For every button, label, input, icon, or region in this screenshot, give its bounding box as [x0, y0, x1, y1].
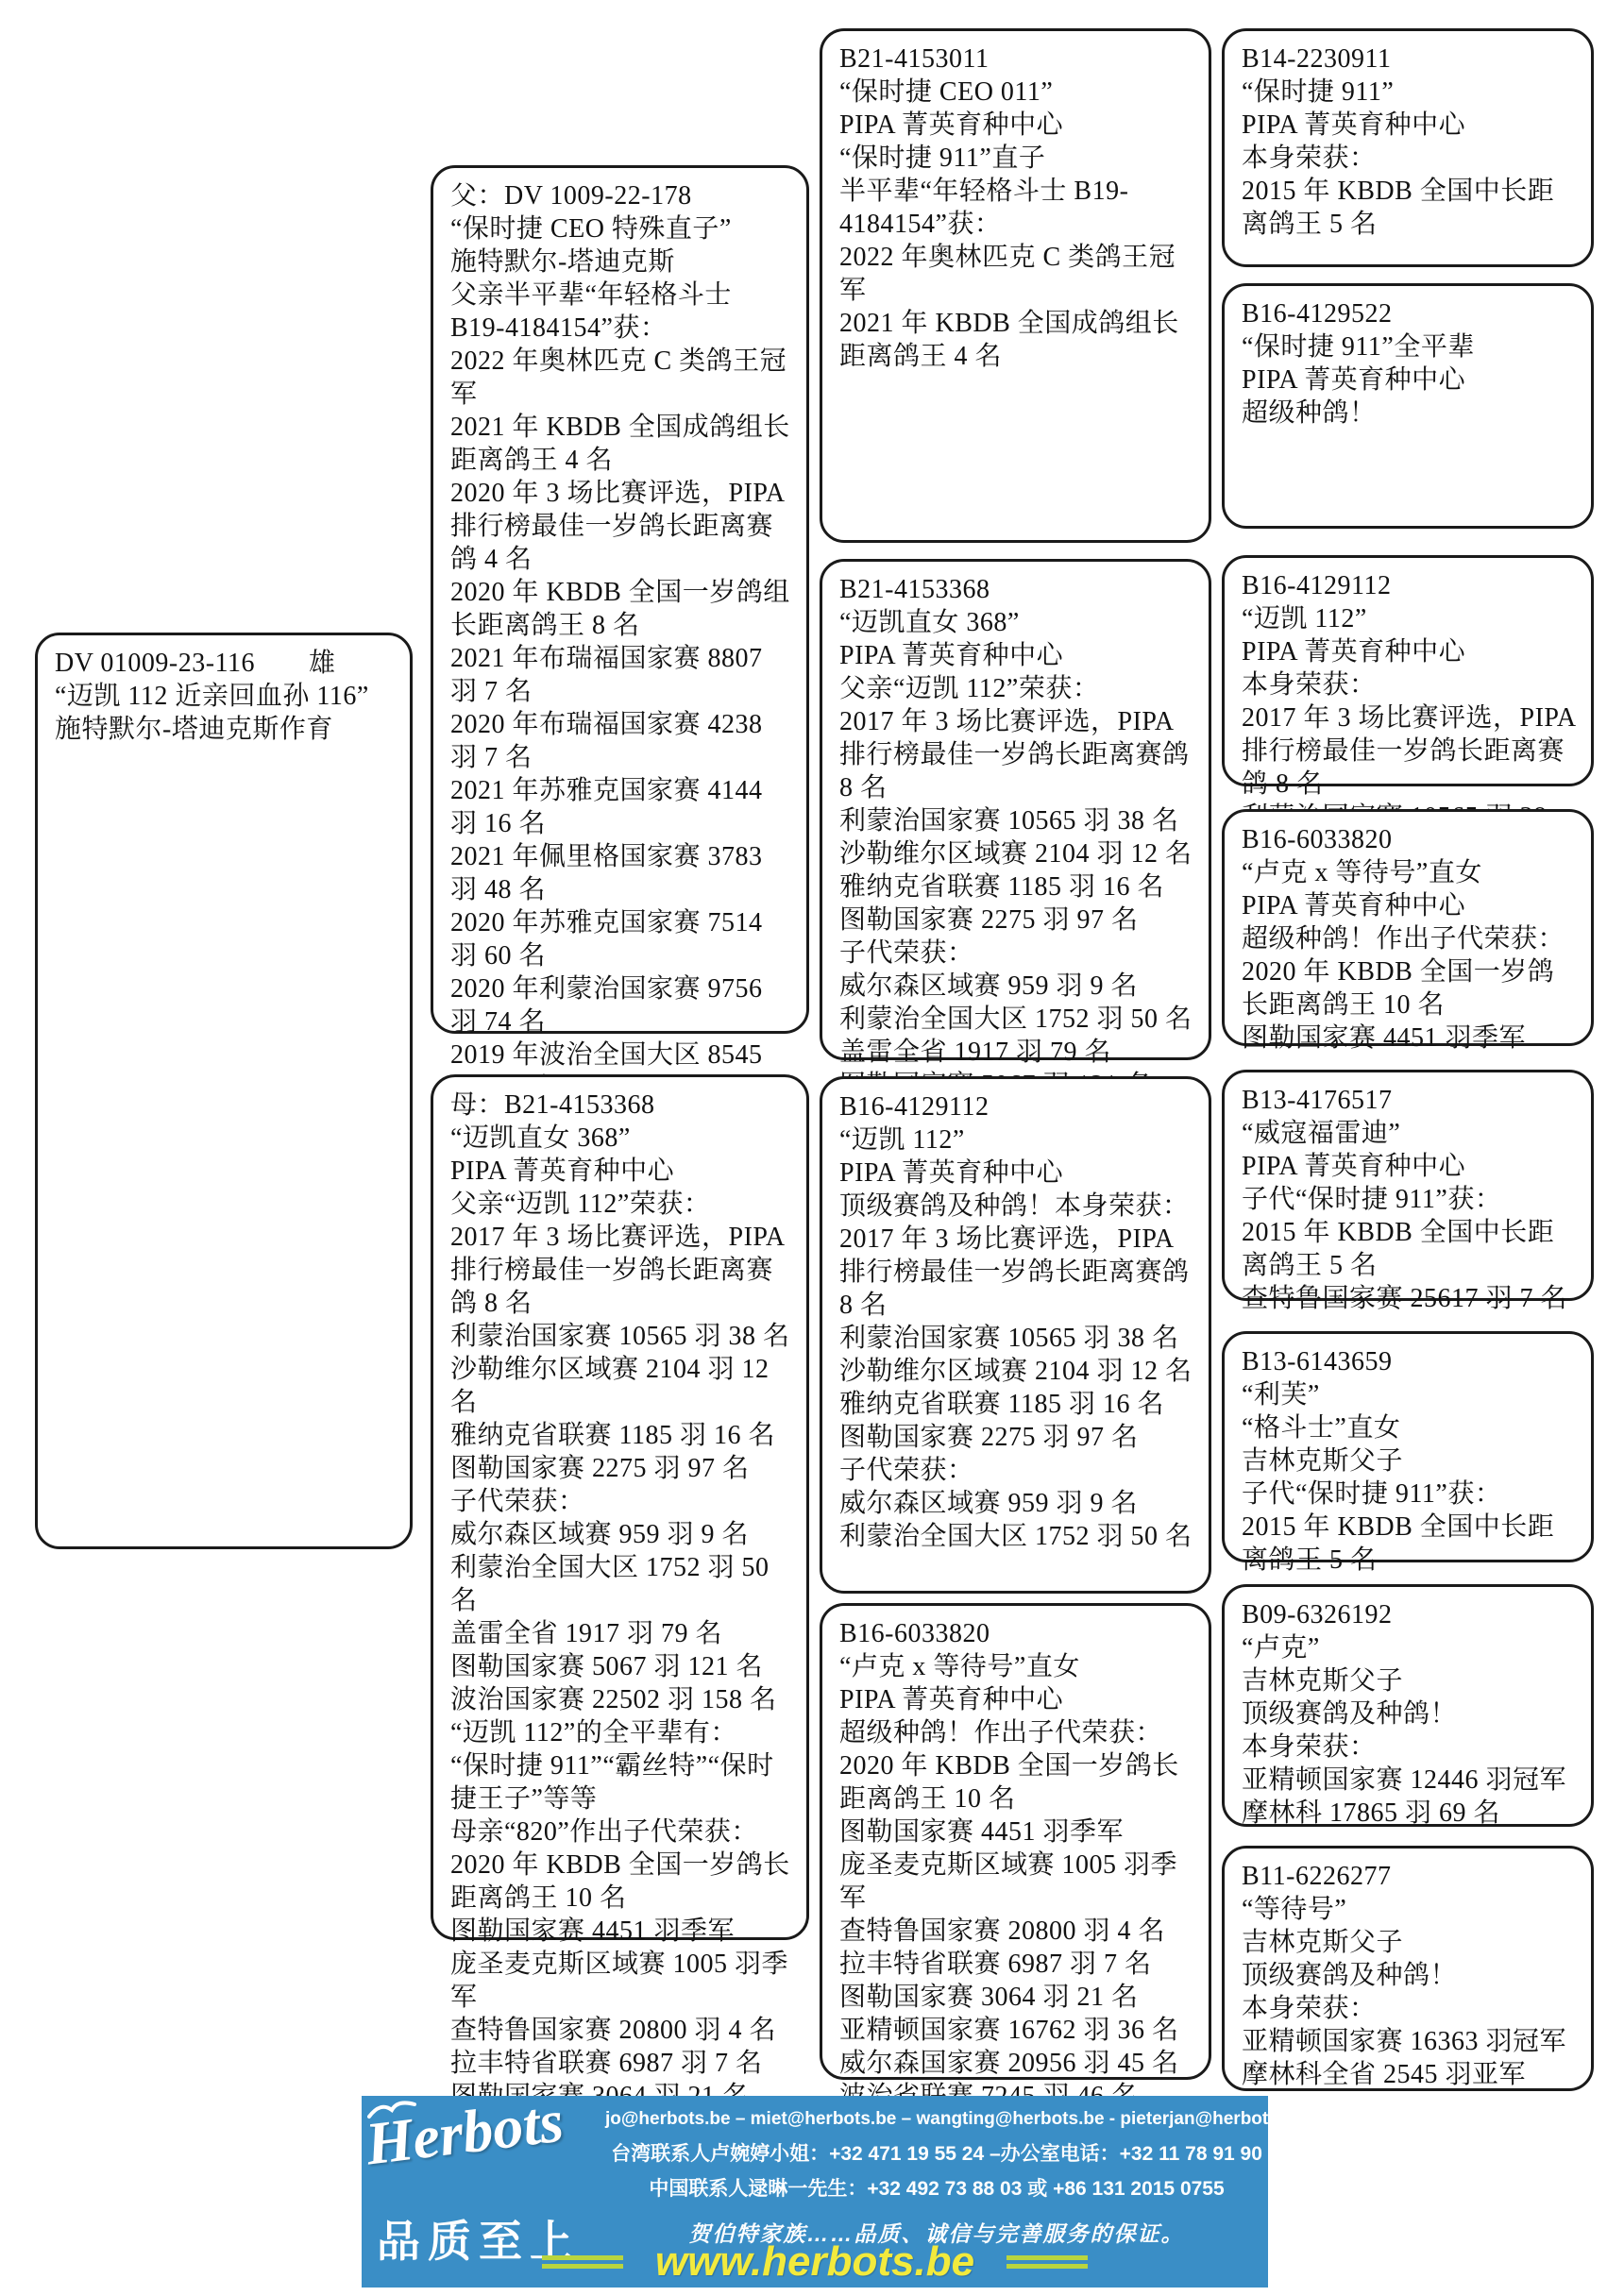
box-line: “保时捷 911”全平辈 — [1242, 330, 1578, 363]
box-line: “迈凯 112” — [1242, 602, 1578, 635]
box-line: 子代“保时捷 911”获： — [1242, 1477, 1578, 1511]
box-line: 查特鲁国家赛 25617 羽 7 名 — [1242, 1282, 1578, 1315]
box-line: “保时捷 911”“霸丝特”“保时捷王子”等等 — [450, 1749, 793, 1815]
box-line: 父：DV 1009-22-178 — [450, 179, 793, 212]
box-line: 雅纳克省联赛 1185 羽 16 名 — [839, 1388, 1195, 1421]
box-line: 顶级赛鸽及种鸽！ — [1242, 1697, 1578, 1730]
box-line: 本身荣获： — [1242, 668, 1578, 701]
box-line: 超级种鸽！作出子代荣获： — [1242, 922, 1578, 955]
pedigree-box-greatgrandparent-4: B16-6033820“卢克 x 等待号”直女PIPA 菁英育种中心超级种鸽！作… — [1222, 809, 1594, 1046]
box-line: 盖雷全省 1917 羽 79 名 — [450, 1617, 793, 1650]
box-line: “利芙” — [1242, 1378, 1578, 1411]
double-rule-left — [542, 2255, 623, 2269]
box-line: PIPA 菁英育种中心 — [839, 1156, 1195, 1190]
box-line: 2021 年苏雅克国家赛 4144 羽 16 名 — [450, 774, 793, 840]
box-line: PIPA 菁英育种中心 — [839, 109, 1195, 142]
box-line: 利蒙治国家赛 10565 羽 38 名 — [839, 1322, 1195, 1355]
box-line: PIPA 菁英育种中心 — [1242, 635, 1578, 668]
box-line: B16-4129112 — [839, 1090, 1195, 1123]
box-line: 2015 年 KBDB 全国中长距离鸽王 5 名 — [1242, 1511, 1578, 1577]
box-line: B16-6033820 — [1242, 823, 1578, 856]
box-line: B16-4129112 — [1242, 569, 1578, 602]
box-line: 利蒙治全国大区 1752 羽 50 名 — [450, 1551, 793, 1617]
box-line: 波治国家赛 22502 羽 158 名 — [450, 1683, 793, 1716]
box-line: 2015 年 KBDB 全国中长距离鸽王 5 名 — [1242, 1216, 1578, 1282]
box-line: B14-2230911 — [1242, 42, 1578, 76]
footer-contact-china: 中国联系人逯晽一先生：+32 492 73 88 03 或 +86 131 20… — [605, 2173, 1268, 2202]
box-line: 图勒国家赛 5067 羽 121 名 — [450, 1650, 793, 1683]
pedigree-box-mother: 母：B21-4153368“迈凯直女 368”PIPA 菁英育种中心父亲“迈凯 … — [431, 1074, 809, 1940]
box-line: 查特鲁国家赛 20800 羽 4 名 — [839, 1915, 1195, 1948]
box-line: 威尔森区域赛 959 羽 9 名 — [839, 1487, 1195, 1520]
box-line: 顶级赛鸽及种鸽！ — [1242, 1959, 1578, 1992]
box-line: 2020 年 3 场比赛评选，PIPA 排行榜最佳一岁鸽长距离赛鸽 4 名 — [450, 477, 793, 576]
box-line: “迈凯直女 368” — [839, 606, 1195, 639]
box-line: B16-4129522 — [1242, 297, 1578, 330]
box-line: DV 01009-23-116 雄 — [55, 647, 397, 680]
box-line: 亚精顿国家赛 12446 羽冠军 — [1242, 1764, 1578, 1797]
box-line: “迈凯直女 368” — [450, 1122, 793, 1155]
box-line: 图勒国家赛 2275 羽 97 名 — [839, 1421, 1195, 1454]
box-line: 威尔森国家赛 20956 羽 45 名 — [839, 2047, 1195, 2080]
box-line: 2021 年 KBDB 全国成鸽组长距离鸽王 4 名 — [450, 411, 793, 477]
box-line: 半平辈“年轻格斗士 B19-4184154”获： — [839, 175, 1195, 241]
box-line: “迈凯 112” — [839, 1123, 1195, 1156]
box-line: B11-6226277 — [1242, 1860, 1578, 1893]
box-line: 父亲半平辈“年轻格斗士 B19-4184154”获： — [450, 279, 793, 345]
double-rule-right — [1007, 2255, 1088, 2269]
box-line: 本身荣获： — [1242, 1992, 1578, 2025]
box-line: 2021 年 KBDB 全国成鸽组长距离鸽王 4 名 — [839, 307, 1195, 373]
box-line: 庞圣麦克斯区域赛 1005 羽季军 — [839, 1849, 1195, 1915]
box-line: 2020 年布瑞福国家赛 4238 羽 7 名 — [450, 708, 793, 774]
box-line: 亚精顿国家赛 16762 羽 36 名 — [839, 2014, 1195, 2047]
box-line: 吉林克斯父子 — [1242, 1444, 1578, 1477]
box-line: “保时捷 CEO 特殊直子” — [450, 212, 793, 245]
box-line: “卢克 x 等待号”直女 — [1242, 856, 1578, 889]
footer-contact-block: jo@herbots.be – miet@herbots.be – wangti… — [605, 2109, 1268, 2248]
box-line: 父亲“迈凯 112”荣获： — [839, 672, 1195, 705]
box-line: 父亲“迈凯 112”荣获： — [450, 1188, 793, 1221]
box-line: 庞圣麦克斯区域赛 1005 羽季军 — [450, 1948, 793, 2014]
box-line: 图勒国家赛 3064 羽 21 名 — [839, 1981, 1195, 2014]
box-line: 2017 年 3 场比赛评选，PIPA 排行榜最佳一岁鸽长距离赛鸽 8 名 — [839, 1223, 1195, 1322]
footer-contact-taiwan: 台湾联系人卢婉婷小姐：+32 471 19 55 24 –办公室电话：+32 1… — [605, 2138, 1268, 2167]
box-line: “卢克” — [1242, 1631, 1578, 1664]
box-line: B16-6033820 — [839, 1617, 1195, 1650]
box-line: 2017 年 3 场比赛评选，PIPA 排行榜最佳一岁鸽长距离赛鸽 8 名 — [1242, 701, 1578, 801]
box-line: 亚精顿国家赛 16363 羽冠军 — [1242, 2025, 1578, 2058]
pedigree-box-greatgrandparent-1: B14-2230911“保时捷 911”PIPA 菁英育种中心本身荣获：2015… — [1222, 28, 1594, 267]
box-line: “卢克 x 等待号”直女 — [839, 1650, 1195, 1683]
pedigree-box-subject: DV 01009-23-116 雄“迈凯 112 近亲回血孙 116”施特默尔-… — [35, 633, 413, 1549]
box-line: PIPA 菁英育种中心 — [839, 639, 1195, 672]
box-line: B21-4153368 — [839, 573, 1195, 606]
footer-website-row: www.herbots.be — [362, 2238, 1268, 2286]
footer-emails: jo@herbots.be – miet@herbots.be – wangti… — [605, 2109, 1268, 2130]
box-line: 子代荣获： — [839, 1454, 1195, 1487]
box-line: “保时捷 911”直子 — [839, 142, 1195, 175]
box-line: “保时捷 CEO 011” — [839, 76, 1195, 109]
box-line: 超级种鸽！ — [1242, 397, 1578, 430]
box-line: “等待号” — [1242, 1893, 1578, 1926]
website-text: www.herbots.be — [655, 2238, 974, 2286]
box-line: 2020 年 KBDB 全国一岁鸽长距离鸽王 10 名 — [839, 1749, 1195, 1815]
pedigree-box-father: 父：DV 1009-22-178“保时捷 CEO 特殊直子”施特默尔-塔迪克斯父… — [431, 165, 809, 1034]
pedigree-box-grandparent-4: B16-6033820“卢克 x 等待号”直女PIPA 菁英育种中心超级种鸽！作… — [820, 1603, 1211, 2080]
box-line: 利蒙治国家赛 10565 羽 38 名 — [450, 1320, 793, 1353]
pedigree-box-greatgrandparent-3: B16-4129112“迈凯 112”PIPA 菁英育种中心本身荣获：2017 … — [1222, 555, 1594, 786]
box-line: PIPA 菁英育种中心 — [450, 1155, 793, 1188]
box-line: 2017 年 3 场比赛评选，PIPA 排行榜最佳一岁鸽长距离赛鸽 8 名 — [450, 1221, 793, 1320]
box-line: 雅纳克省联赛 1185 羽 16 名 — [839, 870, 1195, 903]
box-line: 利蒙治全国大区 1752 羽 50 名 — [839, 1520, 1195, 1553]
box-line: 图勒国家赛 2275 羽 97 名 — [839, 903, 1195, 937]
box-line: PIPA 菁英育种中心 — [1242, 889, 1578, 922]
box-line: PIPA 菁英育种中心 — [1242, 1150, 1578, 1183]
box-line: 利蒙治国家赛 10565 羽 38 名 — [839, 804, 1195, 837]
box-line: 拉丰特省联赛 6987 羽 7 名 — [839, 1948, 1195, 1981]
pedigree-box-grandparent-3: B16-4129112“迈凯 112”PIPA 菁英育种中心顶级赛鸽及种鸽！本身… — [820, 1076, 1211, 1594]
box-line: B13-4176517 — [1242, 1084, 1578, 1117]
box-line: 顶级赛鸽及种鸽！本身荣获： — [839, 1190, 1195, 1223]
pedigree-sheet: DV 01009-23-116 雄“迈凯 112 近亲回血孙 116”施特默尔-… — [0, 0, 1624, 2296]
box-line: PIPA 菁英育种中心 — [1242, 109, 1578, 142]
box-line: 盖雷全省 1917 羽 79 名 — [839, 1036, 1195, 1069]
box-line: 2022 年奥林匹克 C 类鸽王冠军 — [450, 345, 793, 411]
box-line: 雅纳克省联赛 1185 羽 16 名 — [450, 1419, 793, 1452]
box-line: “威寇福雷迪” — [1242, 1117, 1578, 1150]
box-line: 施特默尔-塔迪克斯 — [450, 245, 793, 279]
box-line: 2020 年利蒙治国家赛 9756 羽 74 名 — [450, 972, 793, 1038]
box-line: 2015 年 KBDB 全国中长距离鸽王 5 名 — [1242, 175, 1578, 241]
pedigree-box-greatgrandparent-8: B11-6226277“等待号”吉林克斯父子顶级赛鸽及种鸽！本身荣获：亚精顿国家… — [1222, 1846, 1594, 2091]
box-line: B13-6143659 — [1242, 1345, 1578, 1378]
box-line: 沙勒维尔区域赛 2104 羽 12 名 — [839, 1355, 1195, 1388]
box-line: 2020 年 KBDB 全国一岁鸽组长距离鸽王 8 名 — [450, 576, 793, 642]
box-line: 2021 年佩里格国家赛 3783 羽 48 名 — [450, 840, 793, 906]
footer-banner: Herbots 品质至上 jo@herbots.be – miet@herbot… — [362, 2096, 1268, 2288]
box-line: 吉林克斯父子 — [1242, 1664, 1578, 1697]
box-line: 查特鲁国家赛 20800 羽 4 名 — [450, 2014, 793, 2047]
pedigree-box-greatgrandparent-7: B09-6326192“卢克”吉林克斯父子顶级赛鸽及种鸽！本身荣获：亚精顿国家赛… — [1222, 1584, 1594, 1827]
box-line: “迈凯 112”的全平辈有： — [450, 1716, 793, 1749]
box-line: 施特默尔-塔迪克斯作育 — [55, 713, 397, 746]
box-line: 拉丰特省联赛 6987 羽 7 名 — [450, 2047, 793, 2080]
box-line: 图勒国家赛 4451 羽季军 — [839, 1815, 1195, 1849]
box-line: 摩林科 17865 羽 69 名 — [1242, 1797, 1578, 1830]
box-line: 图勒国家赛 2275 羽 97 名 — [450, 1452, 793, 1485]
box-line: “保时捷 911” — [1242, 76, 1578, 109]
pedigree-box-grandparent-1: B21-4153011“保时捷 CEO 011”PIPA 菁英育种中心“保时捷 … — [820, 28, 1211, 543]
box-line: 2020 年 KBDB 全国一岁鸽长距离鸽王 10 名 — [1242, 955, 1578, 1021]
box-line: 吉林克斯父子 — [1242, 1926, 1578, 1959]
box-line: 本身荣获： — [1242, 142, 1578, 175]
box-line: 2020 年苏雅克国家赛 7514 羽 60 名 — [450, 906, 793, 972]
box-line: 本身荣获： — [1242, 1730, 1578, 1764]
box-line: 子代“保时捷 911”获： — [1242, 1183, 1578, 1216]
box-line: “格斗士”直女 — [1242, 1411, 1578, 1444]
box-line: 超级种鸽！作出子代荣获： — [839, 1716, 1195, 1749]
box-line: 母亲“820”作出子代荣获： — [450, 1815, 793, 1849]
box-line: 威尔森区域赛 959 羽 9 名 — [839, 970, 1195, 1003]
box-line: 2020 年 KBDB 全国一岁鸽长距离鸽王 10 名 — [450, 1849, 793, 1915]
box-line: 2017 年 3 场比赛评选，PIPA 排行榜最佳一岁鸽长距离赛鸽 8 名 — [839, 705, 1195, 804]
pedigree-box-greatgrandparent-2: B16-4129522“保时捷 911”全平辈PIPA 菁英育种中心超级种鸽！ — [1222, 283, 1594, 529]
box-line: 2021 年布瑞福国家赛 8807 羽 7 名 — [450, 642, 793, 708]
box-line: 沙勒维尔区域赛 2104 羽 12 名 — [450, 1353, 793, 1419]
box-line: 母：B21-4153368 — [450, 1089, 793, 1122]
box-line: “迈凯 112 近亲回血孙 116” — [55, 680, 397, 713]
box-line: 子代荣获： — [450, 1485, 793, 1518]
box-line: 沙勒维尔区域赛 2104 羽 12 名 — [839, 837, 1195, 870]
box-line: 子代荣获： — [839, 937, 1195, 970]
pedigree-box-greatgrandparent-6: B13-6143659“利芙”“格斗士”直女吉林克斯父子子代“保时捷 911”获… — [1222, 1331, 1594, 1562]
box-line: 摩林科全省 2545 羽亚军 — [1242, 2058, 1578, 2091]
box-line: PIPA 菁英育种中心 — [839, 1683, 1195, 1716]
box-line: 利蒙治全国大区 1752 羽 50 名 — [839, 1003, 1195, 1036]
box-line: 威尔森区域赛 959 羽 9 名 — [450, 1518, 793, 1551]
box-line: PIPA 菁英育种中心 — [1242, 363, 1578, 397]
box-line: 2022 年奥林匹克 C 类鸽王冠军 — [839, 241, 1195, 307]
box-line: 图勒国家赛 4451 羽季军 — [450, 1915, 793, 1948]
pedigree-box-grandparent-2: B21-4153368“迈凯直女 368”PIPA 菁英育种中心父亲“迈凯 11… — [820, 559, 1211, 1060]
box-line: B09-6326192 — [1242, 1598, 1578, 1631]
pedigree-box-greatgrandparent-5: B13-4176517“威寇福雷迪”PIPA 菁英育种中心子代“保时捷 911”… — [1222, 1070, 1594, 1301]
box-line: B21-4153011 — [839, 42, 1195, 76]
box-line: 图勒国家赛 4451 羽季军 — [1242, 1021, 1578, 1055]
